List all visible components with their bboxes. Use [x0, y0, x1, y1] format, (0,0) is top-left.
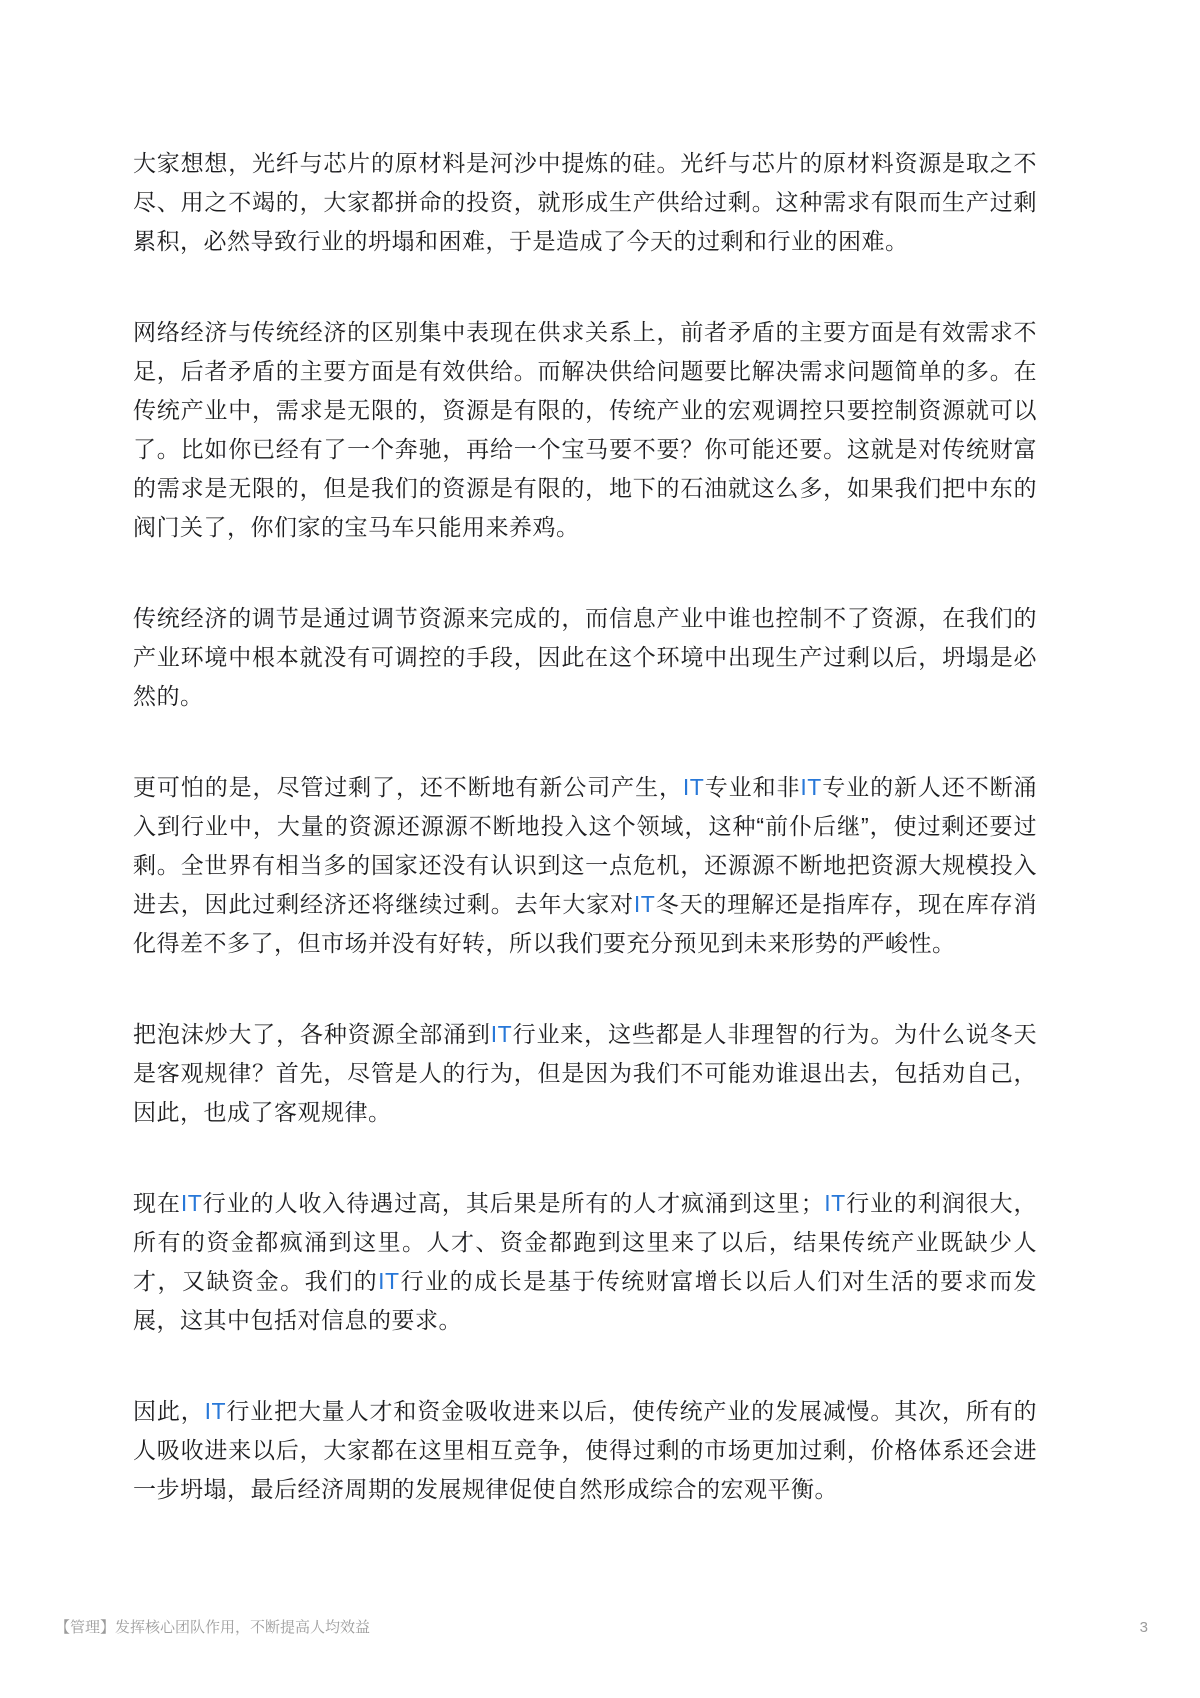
highlighted-term: IT	[181, 1190, 202, 1216]
paragraph: 大家想想，光纤与芯片的原材料是河沙中提炼的硅。光纤与芯片的原材料资源是取之不尽、…	[133, 144, 1037, 261]
page-footer: 【管理】发挥核心团队作用，不断提高人均效益 3	[55, 1618, 1148, 1638]
text-segment: 因此，	[133, 1398, 205, 1424]
text-segment: 行业的人收入待遇过高，其后果是所有的人才疯涌到这里；	[202, 1190, 824, 1216]
page-number: 3	[1140, 1618, 1148, 1638]
text-segment: 专业和非	[704, 774, 800, 800]
highlighted-term: IT	[683, 774, 704, 800]
paragraph: 更可怕的是，尽管过剩了，还不断地有新公司产生，IT专业和非IT专业的新人还不断涌…	[133, 768, 1037, 963]
paragraph: 因此，IT行业把大量人才和资金吸收进来以后，使传统产业的发展减慢。其次，所有的人…	[133, 1392, 1037, 1509]
text-segment: 传统经济的调节是通过调节资源来完成的，而信息产业中谁也控制不了资源，在我们的产业…	[133, 605, 1037, 709]
paragraph: 传统经济的调节是通过调节资源来完成的，而信息产业中谁也控制不了资源，在我们的产业…	[133, 599, 1037, 716]
text-segment: 现在	[133, 1190, 181, 1216]
highlighted-term: IT	[824, 1190, 845, 1216]
highlighted-term: IT	[800, 774, 821, 800]
footer-title: 【管理】发挥核心团队作用，不断提高人均效益	[55, 1618, 370, 1638]
highlighted-term: IT	[491, 1021, 512, 1047]
highlighted-term: IT	[378, 1268, 399, 1294]
highlighted-term: IT	[205, 1398, 226, 1424]
text-segment: 网络经济与传统经济的区别集中表现在供求关系上，前者矛盾的主要方面是有效需求不足，…	[133, 319, 1037, 540]
text-segment: 把泡沫炒大了，各种资源全部涌到	[133, 1021, 491, 1047]
highlighted-term: IT	[634, 891, 655, 917]
paragraph: 现在IT行业的人收入待遇过高，其后果是所有的人才疯涌到这里；IT行业的利润很大，…	[133, 1184, 1037, 1340]
document-body: 大家想想，光纤与芯片的原材料是河沙中提炼的硅。光纤与芯片的原材料资源是取之不尽、…	[133, 144, 1037, 1509]
text-segment: 大家想想，光纤与芯片的原材料是河沙中提炼的硅。光纤与芯片的原材料资源是取之不尽、…	[133, 150, 1037, 254]
paragraph: 网络经济与传统经济的区别集中表现在供求关系上，前者矛盾的主要方面是有效需求不足，…	[133, 313, 1037, 547]
text-segment: 更可怕的是，尽管过剩了，还不断地有新公司产生，	[133, 774, 683, 800]
document-page: 大家想想，光纤与芯片的原材料是河沙中提炼的硅。光纤与芯片的原材料资源是取之不尽、…	[0, 0, 1200, 1698]
paragraph: 把泡沫炒大了，各种资源全部涌到IT行业来，这些都是人非理智的行为。为什么说冬天是…	[133, 1015, 1037, 1132]
text-segment: 行业把大量人才和资金吸收进来以后，使传统产业的发展减慢。其次，所有的人吸收进来以…	[133, 1398, 1037, 1502]
